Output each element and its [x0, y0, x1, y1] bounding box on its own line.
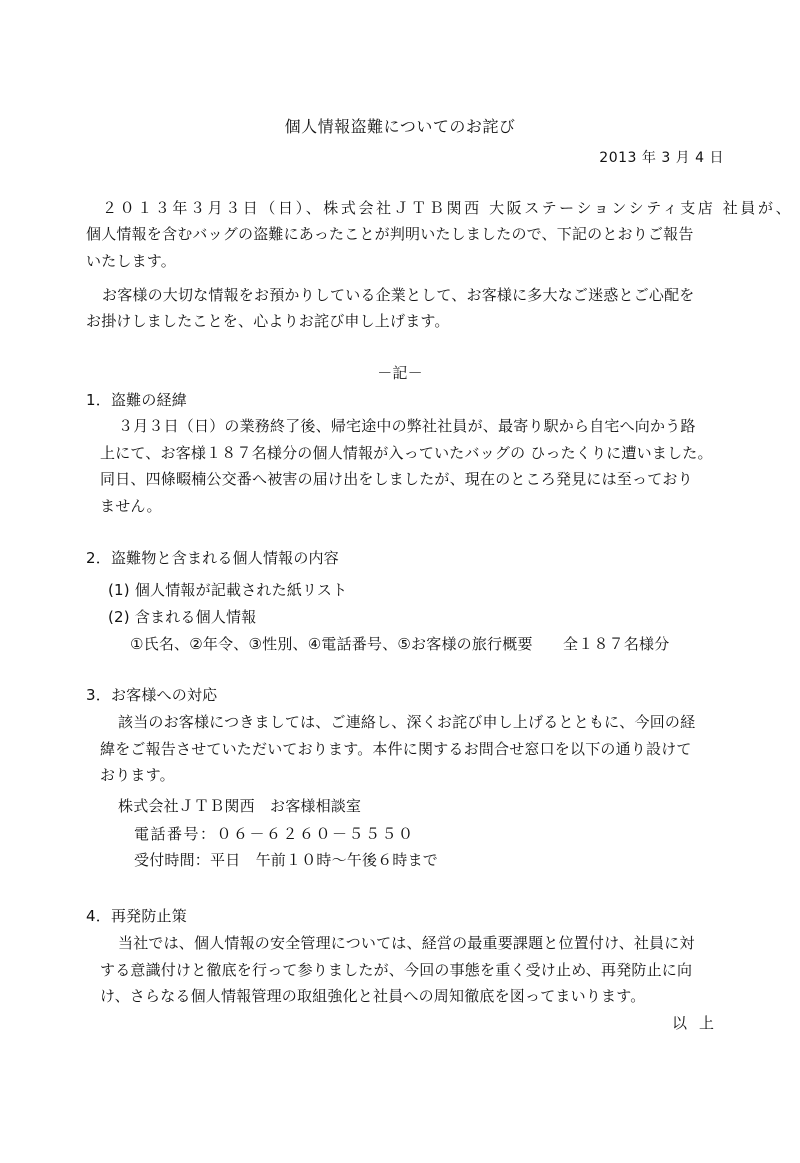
intro-line: お掛けしましたことを、心よりお詫び申し上げます。: [86, 311, 450, 331]
document-date: 2013 年 3 月 4 日: [599, 148, 724, 168]
section-line: 緯をご報告させていただいております。本件に関するお問合せ窓口を以下の通り設けて: [100, 739, 692, 759]
closing-mark: 以上: [672, 1013, 726, 1033]
section-line: け、さらなる個人情報管理の取組強化と社員への周知徹底を図ってまいります。: [100, 986, 645, 1006]
section-line: 当社では、個人情報の安全管理については、経営の最重要課題と位置付け、社員に対: [118, 933, 695, 953]
section-line: ３月３日（日）の業務終了後、帰宅途中の弊社社員が、最寄り駅から自宅へ向かう路: [118, 416, 696, 436]
section-heading: 3．お客様への対応: [86, 685, 217, 705]
contact-name: 株式会社ＪＴＢ関西 お客様相談室: [118, 796, 361, 816]
section-line: 同日、四條畷楠公交番へ被害の届け出をしましたが、現在のところ発見には至っており: [100, 469, 693, 489]
section-line: する意識付けと徹底を行って参りましたが、今回の事態を重く受け止め、再発防止に向: [100, 960, 692, 980]
list-item: (1) 個人情報が記載された紙リスト: [108, 580, 347, 600]
document-page: 個人情報盗難についてのお詫び 2013 年 3 月 4 日 ２０１３年３月３日（…: [0, 0, 800, 1163]
intro-line: お客様の大切な情報をお預かりしている企業として、お客様に多大なご迷惑とご心配を: [102, 285, 695, 305]
ki-heading: －記－: [0, 363, 800, 383]
intro-line: ２０１３年３月３日（日）、株式会社ＪＴＢ関西 大阪ステーションシティ支店 社員が…: [102, 198, 793, 218]
section-line: ません。: [100, 496, 162, 516]
section-line: 該当のお客様につきましては、ご連絡し、深くお詫び申し上げるとともに、今回の経: [118, 712, 695, 732]
contact-phone: 電話番号：０６－６２６０－５５５０: [134, 824, 415, 844]
personal-info-detail: ①氏名、②年令、③性別、④電話番号、⑤お客様の旅行概要 全１８７名様分: [130, 634, 669, 654]
section-heading: 1．盗難の経緯: [86, 390, 187, 410]
contact-hours: 受付時間：平日 午前１０時～午後６時まで: [134, 850, 438, 870]
intro-line: いたします。: [86, 251, 176, 271]
document-title: 個人情報盗難についてのお詫び: [0, 116, 800, 138]
section-heading: 4．再発防止策: [86, 906, 187, 926]
section-line: おります。: [100, 765, 175, 785]
section-line: 上にて、お客様１８７名様分の個人情報が入っていたバッグの ひったくりに遭いました…: [100, 443, 713, 463]
intro-line: 個人情報を含むバッグの盗難にあったことが判明いたしましたので、下記のとおりご報告: [86, 224, 694, 244]
list-item: (2) 含まれる個人情報: [108, 607, 256, 627]
section-heading: 2．盗難物と含まれる個人情報の内容: [86, 548, 339, 568]
